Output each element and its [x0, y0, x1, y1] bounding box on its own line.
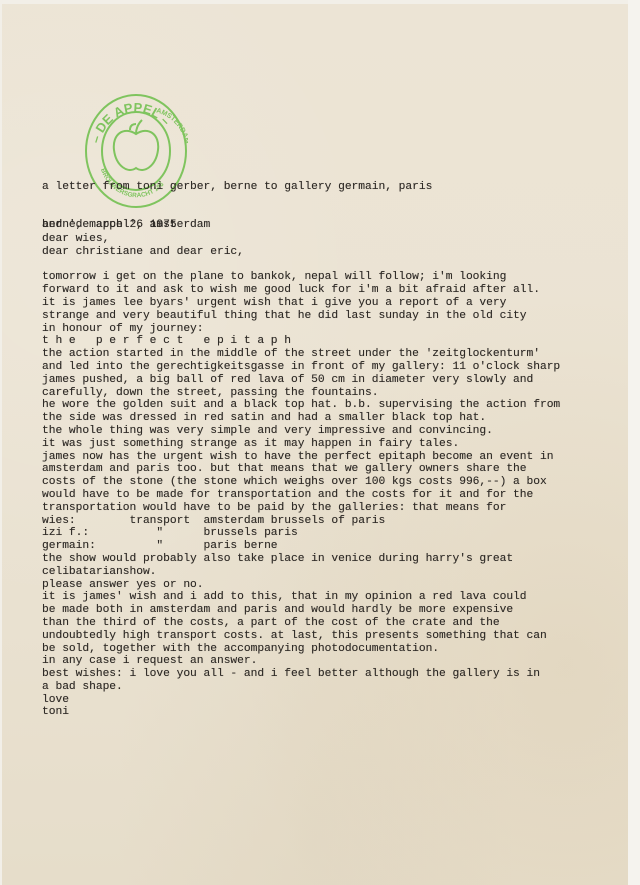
body-line: best wishes: i love you all - and i feel… [42, 668, 560, 681]
body-line: transportation would have to be paid by … [42, 502, 560, 515]
body-line: wies: transport amsterdam brussels of pa… [42, 515, 560, 528]
body-line: be made both in amsterdam and paris and … [42, 604, 560, 617]
stamp-top-text: – DE APPEL – [87, 100, 173, 145]
date-line: berne, march 26 1975 [42, 219, 177, 232]
page-edge [628, 0, 640, 885]
body-line: in honour of my journey: [42, 323, 560, 336]
body-line: and led into the gerechtigkeitsgasse in … [42, 361, 560, 374]
letter-body: dear wies,dear christiane and dear eric,… [42, 233, 560, 719]
body-line: tomorrow i get on the plane to bankok, n… [42, 271, 560, 284]
svg-text:– DE APPEL –: – DE APPEL – [87, 100, 173, 145]
body-line: love [42, 694, 560, 707]
body-line: germain: " paris berne [42, 540, 560, 553]
body-line: undoubtedly high transport costs. at las… [42, 630, 560, 643]
body-line: costs of the stone (the stone which weig… [42, 476, 560, 489]
body-line: it was just something strange as it may … [42, 438, 560, 451]
body-line: in any case i request an answer. [42, 655, 560, 668]
body-line: be sold, together with the accompanying … [42, 643, 560, 656]
body-line: he wore the golden suit and a black top … [42, 399, 560, 412]
body-line: t h e p e r f e c t e p i t a p h [42, 335, 560, 348]
body-line: dear christiane and dear eric, [42, 246, 560, 259]
heading-line: a letter from toni gerber, berne to gall… [42, 181, 432, 194]
body-line: james pushed, a big ball of red lava of … [42, 374, 560, 387]
body-line: would have to be made for transportation… [42, 489, 560, 502]
body-line: please answer yes or no. [42, 579, 560, 592]
body-line: celibatarianshow. [42, 566, 560, 579]
body-line: forward to it and ask to wish me good lu… [42, 284, 560, 297]
body-line: the side was dressed in red satin and ha… [42, 412, 560, 425]
body-line: than the third of the costs, a part of t… [42, 617, 560, 630]
body-line [42, 259, 560, 272]
body-line: strange and very beautiful thing that he… [42, 310, 560, 323]
body-line: it is james' wish and i add to this, tha… [42, 591, 560, 604]
body-line: carefully, down the street, passing the … [42, 387, 560, 400]
body-line: a bad shape. [42, 681, 560, 694]
body-line: james now has the urgent wish to have th… [42, 451, 560, 464]
body-line: it is james lee byars' urgent wish that … [42, 297, 560, 310]
body-line: izi f.: " brussels paris [42, 527, 560, 540]
body-line: the whole thing was very simple and very… [42, 425, 560, 438]
body-line: toni [42, 706, 560, 719]
body-line: the action started in the middle of the … [42, 348, 560, 361]
body-line: amsterdam and paris too. but that means … [42, 463, 560, 476]
body-line: the show would probably also take place … [42, 553, 560, 566]
body-line: dear wies, [42, 233, 560, 246]
